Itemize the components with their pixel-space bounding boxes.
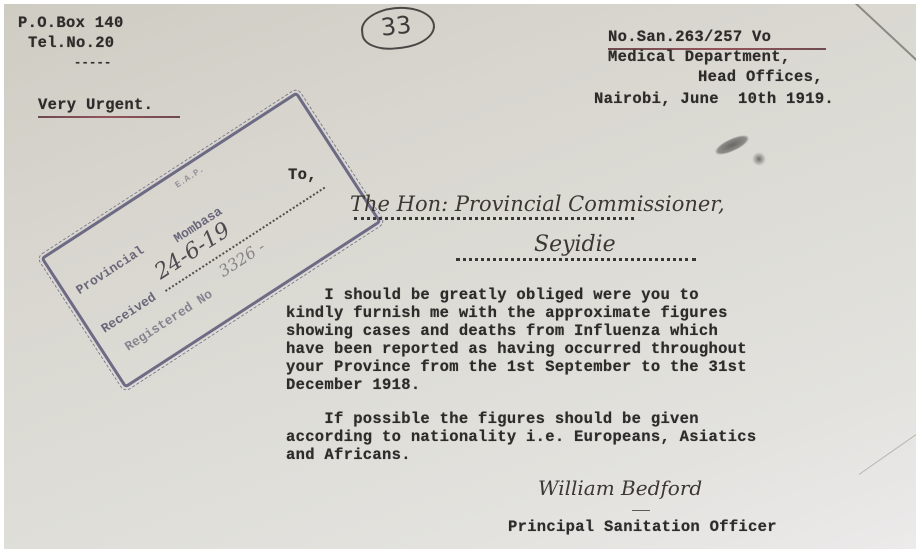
place-date: Nairobi, June 10th 1919. <box>594 90 834 108</box>
archive-number-circle: 33 <box>359 4 437 53</box>
body-line: have been reported as having occurred th… <box>286 340 747 358</box>
to-label: To, <box>288 166 317 184</box>
priority-label: Very Urgent. <box>38 96 153 114</box>
body-line: showing cases and deaths from Influenza … <box>286 322 718 340</box>
po-box: P.O.Box 140 <box>18 14 124 32</box>
signature-handwritten: William Bedford <box>538 476 702 500</box>
body-line: kindly furnish me with the approximate f… <box>286 304 728 322</box>
recipient-handwritten: The Hon: Provincial Commissioner, <box>350 192 725 216</box>
stamp-top-mark: E.A.P. <box>173 164 206 190</box>
body-line: according to nationality i.e. Europeans,… <box>286 428 756 446</box>
signature-underline <box>632 510 650 511</box>
telephone-number: Tel.No.20 <box>28 34 114 52</box>
body-line: If possible the figures should be given <box>286 410 699 428</box>
ink-smudge <box>713 132 751 158</box>
stamp-provincial: Provincial <box>73 243 147 298</box>
body-line: December 1918. <box>286 376 420 394</box>
stamp-registered-label: Registered No <box>122 287 215 355</box>
archive-number: 33 <box>379 11 412 42</box>
department: Medical Department, <box>608 48 790 66</box>
ink-smudge <box>752 152 766 166</box>
paper-fold-line <box>835 4 916 88</box>
location-handwritten: Seyidie <box>534 232 616 257</box>
priority-underline <box>38 116 180 118</box>
recipient-dotted-line <box>354 217 634 220</box>
letter-photo: P.O.Box 140 Tel.No.20 ----- Very Urgent.… <box>4 4 916 549</box>
body-line: and Africans. <box>286 446 411 464</box>
body-line: your Province from the 1st September to … <box>286 358 747 376</box>
reference-number: No.San.263/257 Vo <box>608 28 771 46</box>
separator-dashes: ----- <box>74 54 112 72</box>
location-dotted-line <box>456 258 696 261</box>
body-line: I should be greatly obliged were you to <box>286 286 699 304</box>
signatory-title: Principal Sanitation Officer <box>508 518 777 536</box>
office: Head Offices, <box>698 68 823 86</box>
paper-fold-line <box>859 434 916 475</box>
